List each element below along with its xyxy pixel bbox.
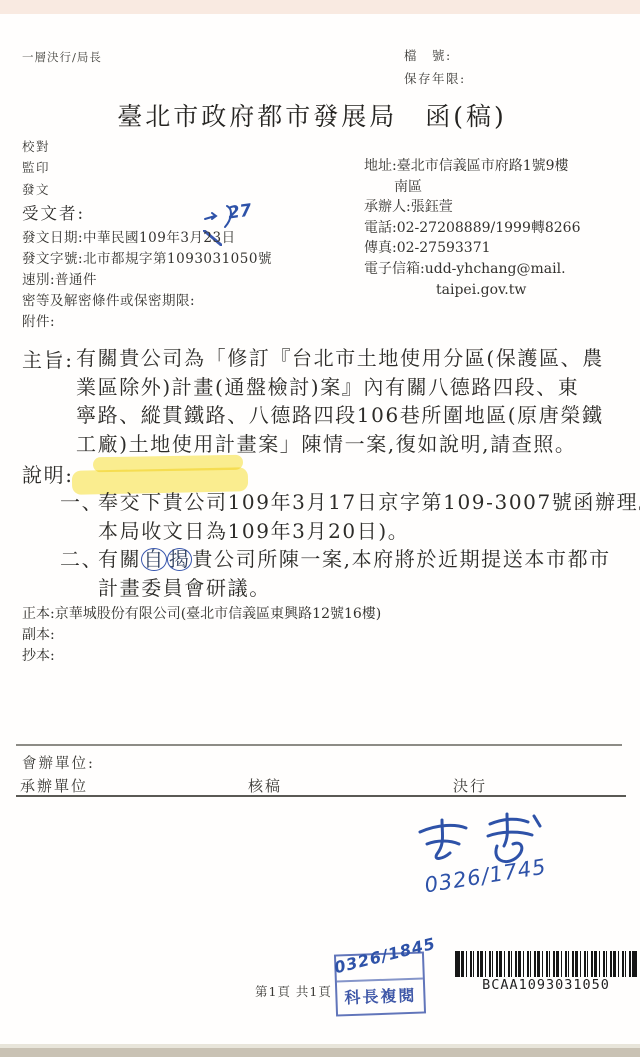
explanation-item1-rest: 109年3月17日京字第109-3007號函辦理。( <box>228 490 640 514</box>
duplicate-copy-line: 副本: <box>22 625 381 646</box>
explanation-item1-number: 一、 <box>60 486 103 515</box>
recipient-label: 受文者: <box>22 200 85 224</box>
agency-email-line2: taipei.gov.tw <box>364 280 581 301</box>
explanation-item2-rest: 貴公司所陳一案,本府將於近期提送本市都市 <box>192 547 610 571</box>
barcode <box>455 951 637 977</box>
agency-contact-block: 地址:臺北市信義區市府路1號9樓 南區 承辦人:張鈺萱 電話:02-272088… <box>364 156 581 300</box>
stamp-divider-line <box>337 978 423 983</box>
security-line: 密等及解密條件或保密期限: <box>22 289 195 309</box>
attachment-line: 附件: <box>22 310 55 330</box>
subject-line: 工廠)土地使用計畫案」陳情一案,復如說明,請查照。 <box>76 430 604 459</box>
agency-phone: 電話:02-27208889/1999轉8266 <box>364 218 581 239</box>
decision-level-line: 一層決行/局長 <box>22 49 102 65</box>
correction-arrow-icon <box>203 203 237 233</box>
handling-unit-column-label: 承辦單位 <box>20 775 88 796</box>
subject-line: 寧路、縱貫鐵路、八德路四段106巷所圍地區(原唐榮鐵 <box>76 401 604 430</box>
explanation-item1-line2: 本局收文日為109年3月20日)。 <box>98 515 409 544</box>
explanation-item2-line2: 計畫委員會研議。 <box>98 572 271 601</box>
subject-label: 主旨: <box>22 344 74 373</box>
scanned-official-letter: 一層決行/局長 檔 號: 保存年限: 臺北市政府都市發展局 函(稿) 校對 監印… <box>0 0 640 1057</box>
review-column-label: 核稿 <box>248 775 282 796</box>
subject-line: 業區除外)計畫(通盤檢討)案』內有關八德路四段、東 <box>76 373 604 402</box>
photo-background-bottom-band <box>0 1048 640 1057</box>
explanation-item2-line1: 有關自揭貴公司所陳一案,本府將於近期提送本市都市 <box>98 543 611 572</box>
agency-address-line2: 南區 <box>364 177 581 198</box>
decision-column-label: 決行 <box>453 775 487 796</box>
divider-line <box>16 795 626 797</box>
stamp-text: 科長複閱 <box>337 982 424 1008</box>
subject-line: 有關貴公司為「修訂『台北市土地使用分區(保護區、農 <box>76 344 604 373</box>
speed-line: 速別:普通件 <box>22 268 97 288</box>
file-number-label: 檔 號: <box>404 46 452 64</box>
proofread-label: 校對 <box>22 137 50 155</box>
transcript-copy-line: 抄本: <box>22 646 381 667</box>
explanation-label: 說明: <box>22 459 74 488</box>
divider-line <box>16 744 622 746</box>
dispatch-label: 發文 <box>22 180 50 198</box>
agency-address-line1: 地址:臺北市信義區市府路1號9樓 <box>364 156 581 177</box>
dispatch-date-prefix: 發文日期:中華民國109年3月 <box>22 230 203 246</box>
co-handling-unit-label: 會辦單位: <box>22 752 95 773</box>
signature-handwriting <box>412 806 562 876</box>
subject-paragraph: 有關貴公司為「修訂『台北市土地使用分區(保護區、農 業區除外)計畫(通盤檢討)案… <box>76 344 604 459</box>
copies-block: 正本:京華城股份有限公司(臺北市信義區東興路12號16樓) 副本: 抄本: <box>22 604 381 666</box>
pen-circled-character: 揭 <box>167 548 193 571</box>
seal-supervision-label: 監印 <box>22 158 50 176</box>
explanation-item2-pre: 有關 <box>98 547 141 571</box>
original-copy-line: 正本:京華城股份有限公司(臺北市信義區東興路12號16樓) <box>22 604 381 625</box>
explanation-item1-highlighted-text: 奉交下貴公司 <box>98 490 228 514</box>
agency-email-line1: 電子信箱:udd-yhchang@mail. <box>364 259 581 280</box>
photo-background-top-band <box>0 0 640 14</box>
explanation-item2-number: 二、 <box>60 543 103 572</box>
agency-fax: 傳真:02-27593371 <box>364 238 581 259</box>
retention-period-label: 保存年限: <box>404 69 466 87</box>
pen-circled-character: 自 <box>141 548 167 571</box>
explanation-item1-line1: 奉交下貴公司109年3月17日京字第109-3007號函辦理。( <box>98 486 640 515</box>
doc-number-line: 發文字號:北市都規字第1093031050號 <box>22 247 272 267</box>
page-number-info: 第1頁 共1頁 <box>255 982 332 1000</box>
barcode-text: BCAA1093031050 <box>455 977 637 993</box>
agency-contact-person: 承辦人:張鈺萱 <box>364 197 581 218</box>
document-title: 臺北市政府都市發展局 函(稿) <box>82 97 542 133</box>
